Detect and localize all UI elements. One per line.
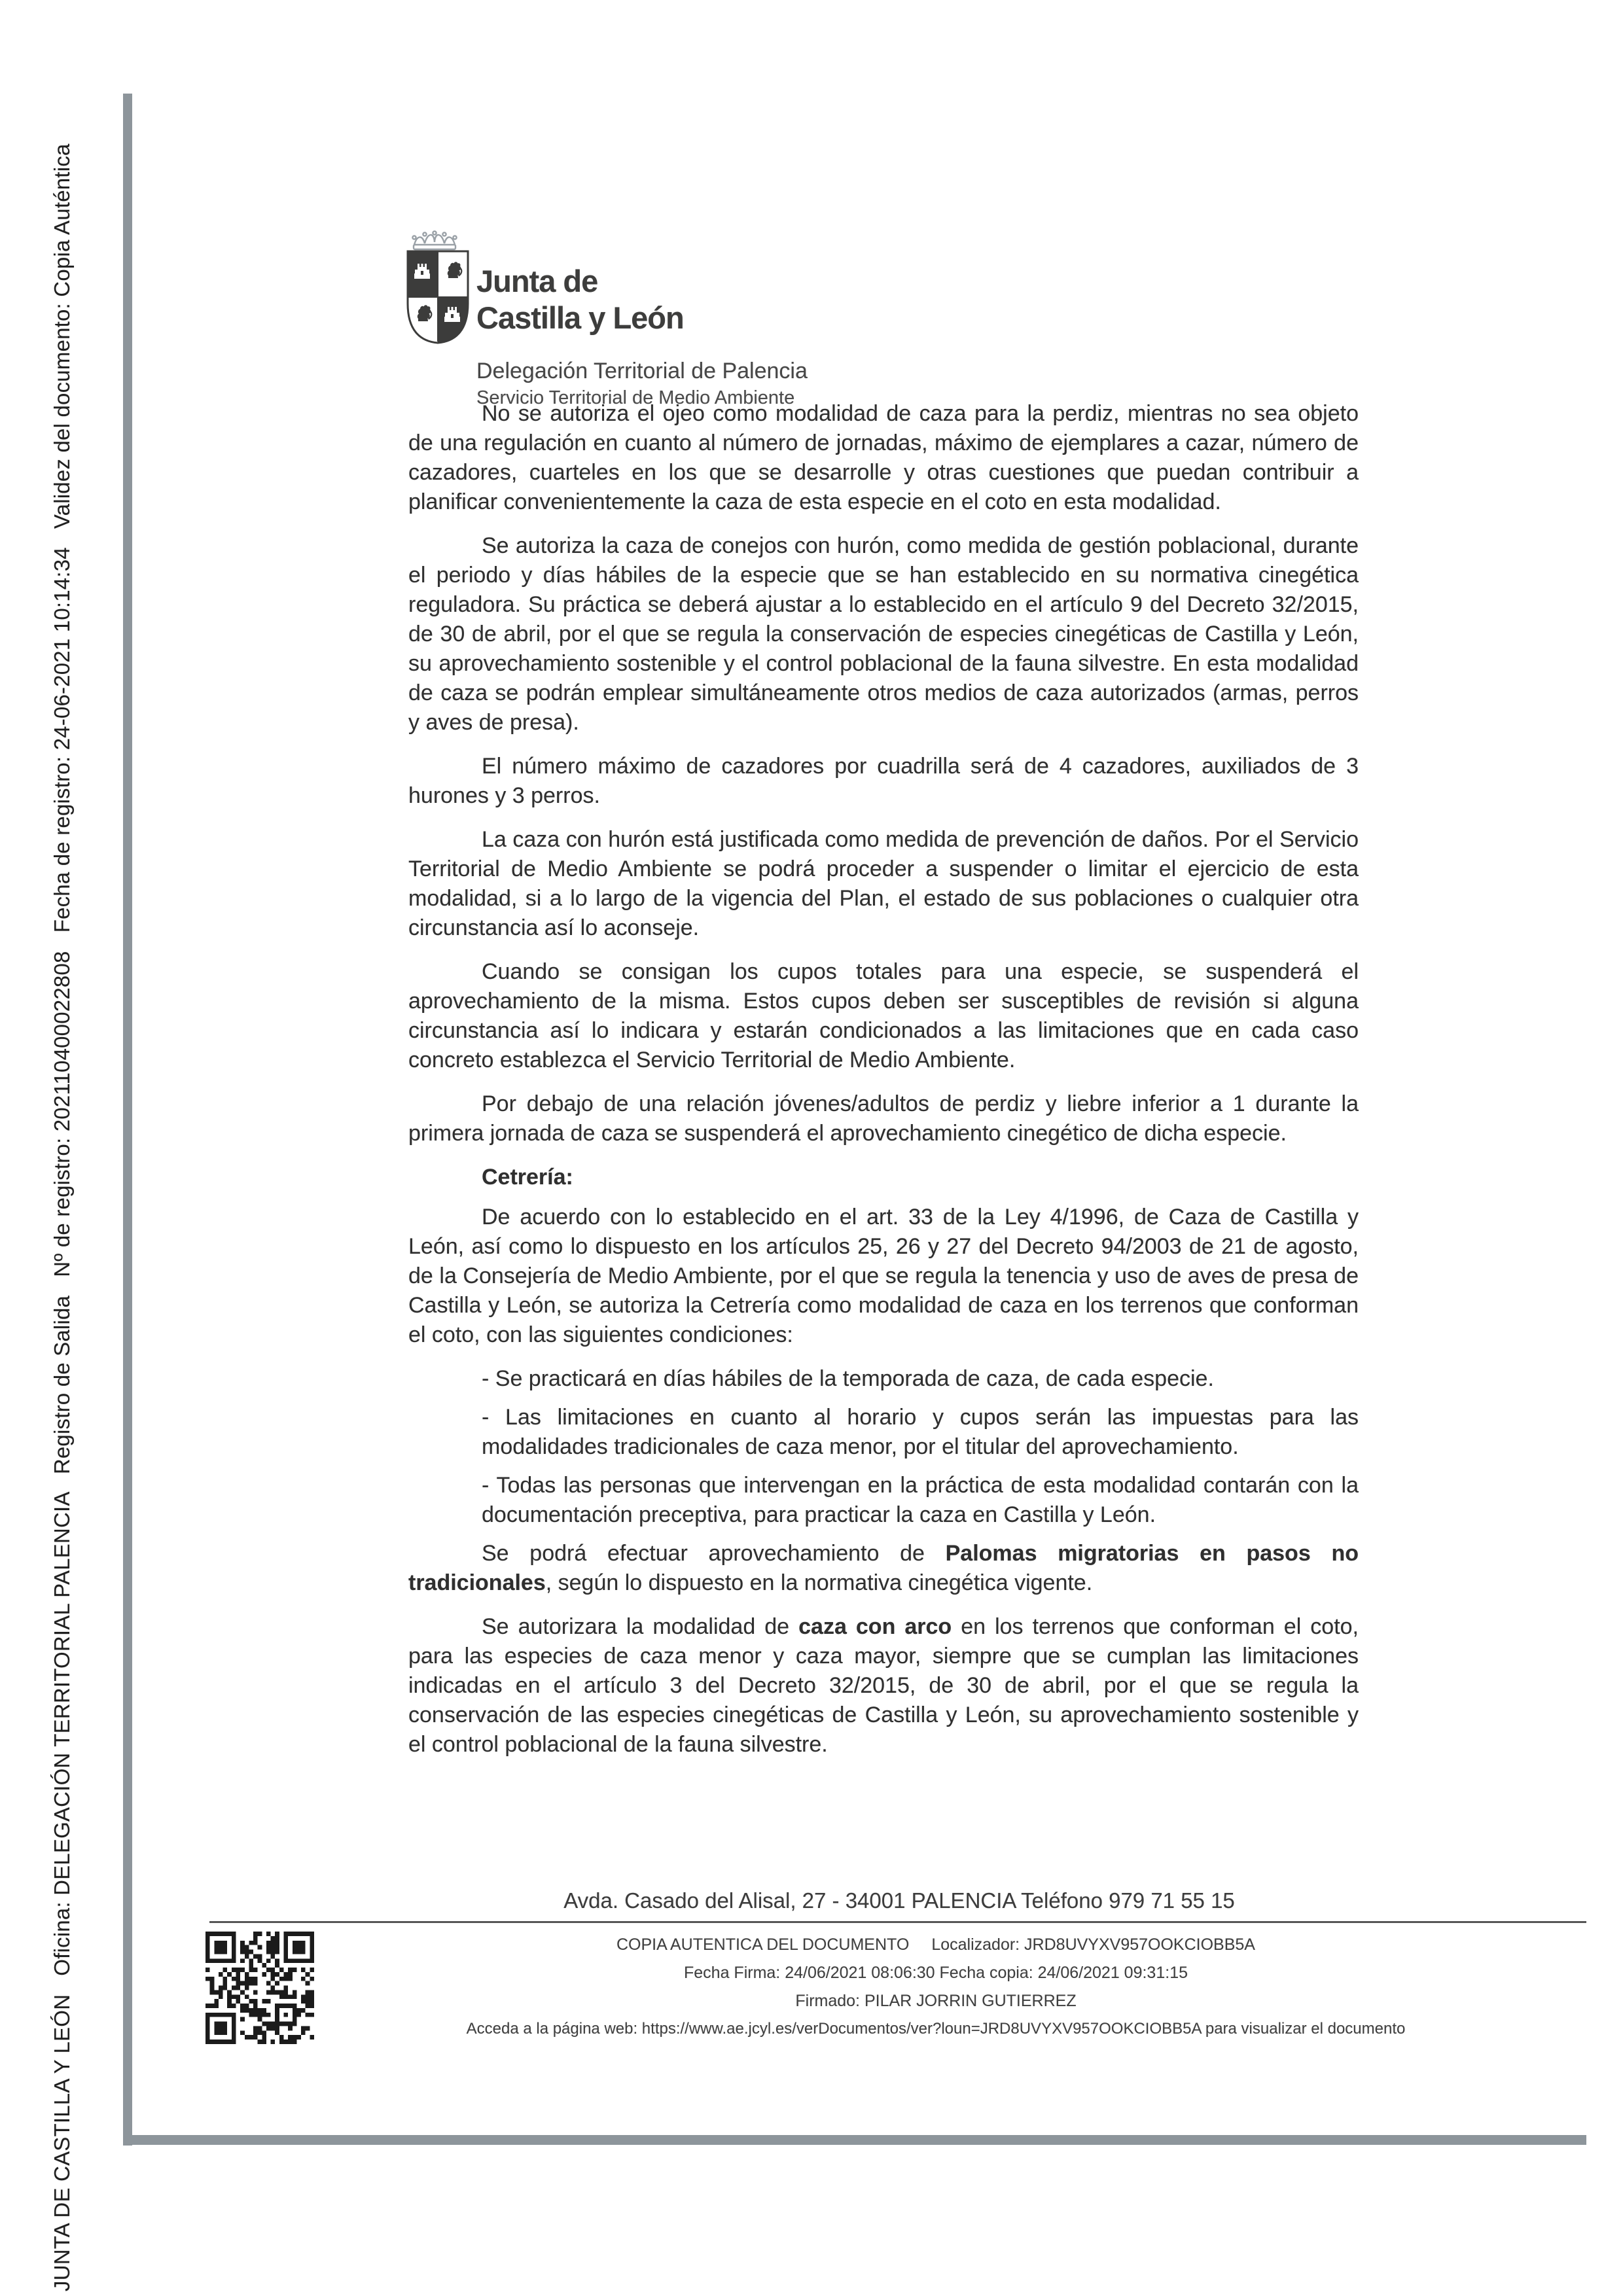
scanned-document-page: JUNTA DE CASTILLA Y LEÓN Oficina: DELEGA… [0,0,1623,2296]
paragraph-cupos: Cuando se consigan los cupos totales par… [408,957,1359,1075]
registry-sidebar-text: JUNTA DE CASTILLA Y LEÓN Oficina: DELEGA… [50,144,75,2291]
org-name-line2: Castilla y León [476,300,684,336]
palomas-prefix: Se podrá efectuar aprovechamiento de [482,1541,946,1566]
footer-divider [209,1921,1586,1923]
auth-dates-line: Fecha Firma: 24/06/2021 08:06:30 Fecha c… [452,1964,1420,1983]
paragraph-conejos-huron: Se autoriza la caza de conejos con hurón… [408,531,1359,737]
paragraph-relacion-jovenes-adultos: Por debajo de una relación jóvenes/adult… [408,1089,1359,1148]
crown-icon [412,231,456,249]
authentication-block: COPIA AUTENTICA DEL DOCUMENTOLocalizador… [452,1935,1420,2047]
auth-copy-label: COPIA AUTENTICA DEL DOCUMENTO [616,1935,909,1954]
auth-web-line: Acceda a la página web: https://www.ae.j… [452,2020,1420,2038]
org-name: Junta de Castilla y León [476,263,684,336]
bullet-limitaciones: - Las limitaciones en cuanto al horario … [482,1403,1359,1462]
document-body: No se autoriza el ojeo como modalidad de… [408,399,1359,1774]
section-heading-cetreria: Cetrería: [408,1163,1359,1192]
office-address: Avda. Casado del Alisal, 27 - 34001 PALE… [408,1888,1390,1913]
auth-copy-line: COPIA AUTENTICA DEL DOCUMENTOLocalizador… [452,1935,1420,1954]
scan-edge-horizontal [123,2135,1586,2145]
paragraph-caza-con-arco: Se autorizara la modalidad de caza con a… [408,1612,1359,1759]
palomas-suffix: , según lo dispuesto en la normativa cin… [546,1570,1092,1595]
paragraph-ojeo: No se autoriza el ojeo como modalidad de… [408,399,1359,517]
auth-signed-line: Firmado: PILAR JORRIN GUTIERREZ [452,1992,1420,2011]
qr-code [205,1932,314,2044]
delegation-line: Delegación Territorial de Palencia [476,359,808,384]
coat-of-arms-icon [405,220,471,344]
paragraph-cetreria-intro: De acuerdo con lo establecido en el art.… [408,1203,1359,1350]
bullet-documentacion: - Todas las personas que intervengan en … [482,1471,1359,1530]
bullet-dias-habiles: - Se practicará en días hábiles de la te… [482,1364,1359,1394]
scan-edge-vertical [123,94,132,2146]
org-name-line1: Junta de [476,263,684,300]
auth-localizador: Localizador: JRD8UVYXV957OOKCIOBB5A [931,1935,1255,1954]
paragraph-cuadrilla: El número máximo de cazadores por cuadri… [408,752,1359,811]
paragraph-palomas: Se podrá efectuar aprovechamiento de Pal… [408,1539,1359,1598]
arco-bold: caza con arco [798,1614,952,1639]
paragraph-prevencion-danos: La caza con hurón está justificada como … [408,825,1359,943]
arco-prefix: Se autorizara la modalidad de [482,1614,798,1639]
